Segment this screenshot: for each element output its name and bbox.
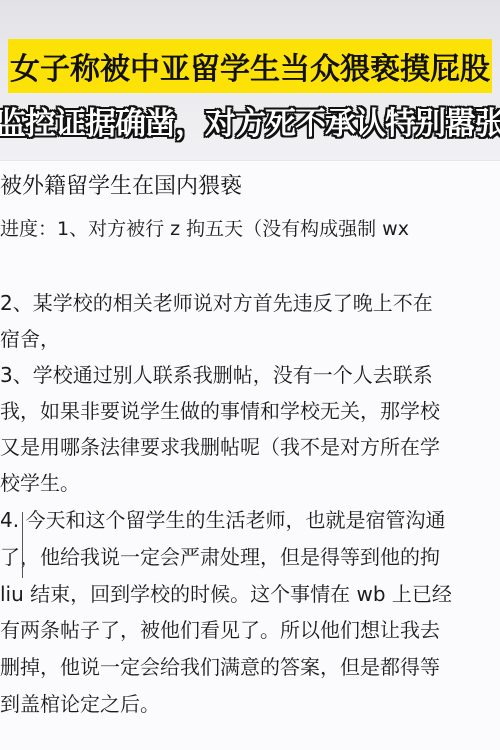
text-cursor: [22, 512, 23, 578]
post-line: 2、某学校的相关老师说对方首先违反了晚上不在: [0, 289, 433, 317]
post-line: 又是用哪条法律要求我删帖呢（我不是对方所在学: [0, 433, 440, 461]
post-line: 有两条帖子了，被他们看见了。所以他们想让我去: [0, 616, 440, 644]
post-line: 删掉，他说一定会给我们满意的答案，但是都得等: [0, 653, 440, 681]
headline-banner: 女子称被中亚留学生当众猥亵摸屁股: [8, 39, 492, 93]
post-line: liu 结束，回到学校的时候。这个事情在 wb 上已经: [0, 580, 452, 608]
quote-text: “监控证据确凿，对方死不承认特别嚣张”: [0, 98, 500, 143]
post-line: 了，他给我说一定会严肃处理，但是得等到他的拘: [0, 543, 440, 571]
screenshot-page: 女子称被中亚留学生当众猥亵摸屁股 “监控证据确凿，对方死不承认特别嚣张” 被外籍…: [0, 0, 500, 750]
post-line: 宿舍，: [0, 325, 60, 353]
post-title: 被外籍留学生在国内猥亵: [0, 173, 242, 201]
quote-caption: “监控证据确凿，对方死不承认特别嚣张”: [0, 97, 500, 143]
post-line: 3、学校通过别人联系我删帖，没有一个人去联系: [0, 361, 433, 389]
header-divider: [0, 160, 500, 161]
post-line: 到盖棺论定之后。: [0, 690, 160, 718]
headline-text: 女子称被中亚留学生当众猥亵摸屁股: [10, 44, 490, 88]
post-line: 校学生。: [0, 469, 80, 497]
post-line: 4. 今天和这个留学生的生活老师，也就是宿管沟通: [0, 506, 445, 534]
video-header: 女子称被中亚留学生当众猥亵摸屁股 “监控证据确凿，对方死不承认特别嚣张”: [0, 0, 500, 160]
post-line: 我，如果非要说学生做的事情和学校无关，那学校: [0, 397, 440, 425]
post-line: 进度：1、对方被行 z 拘五天（没有构成强制 wx: [0, 215, 409, 243]
